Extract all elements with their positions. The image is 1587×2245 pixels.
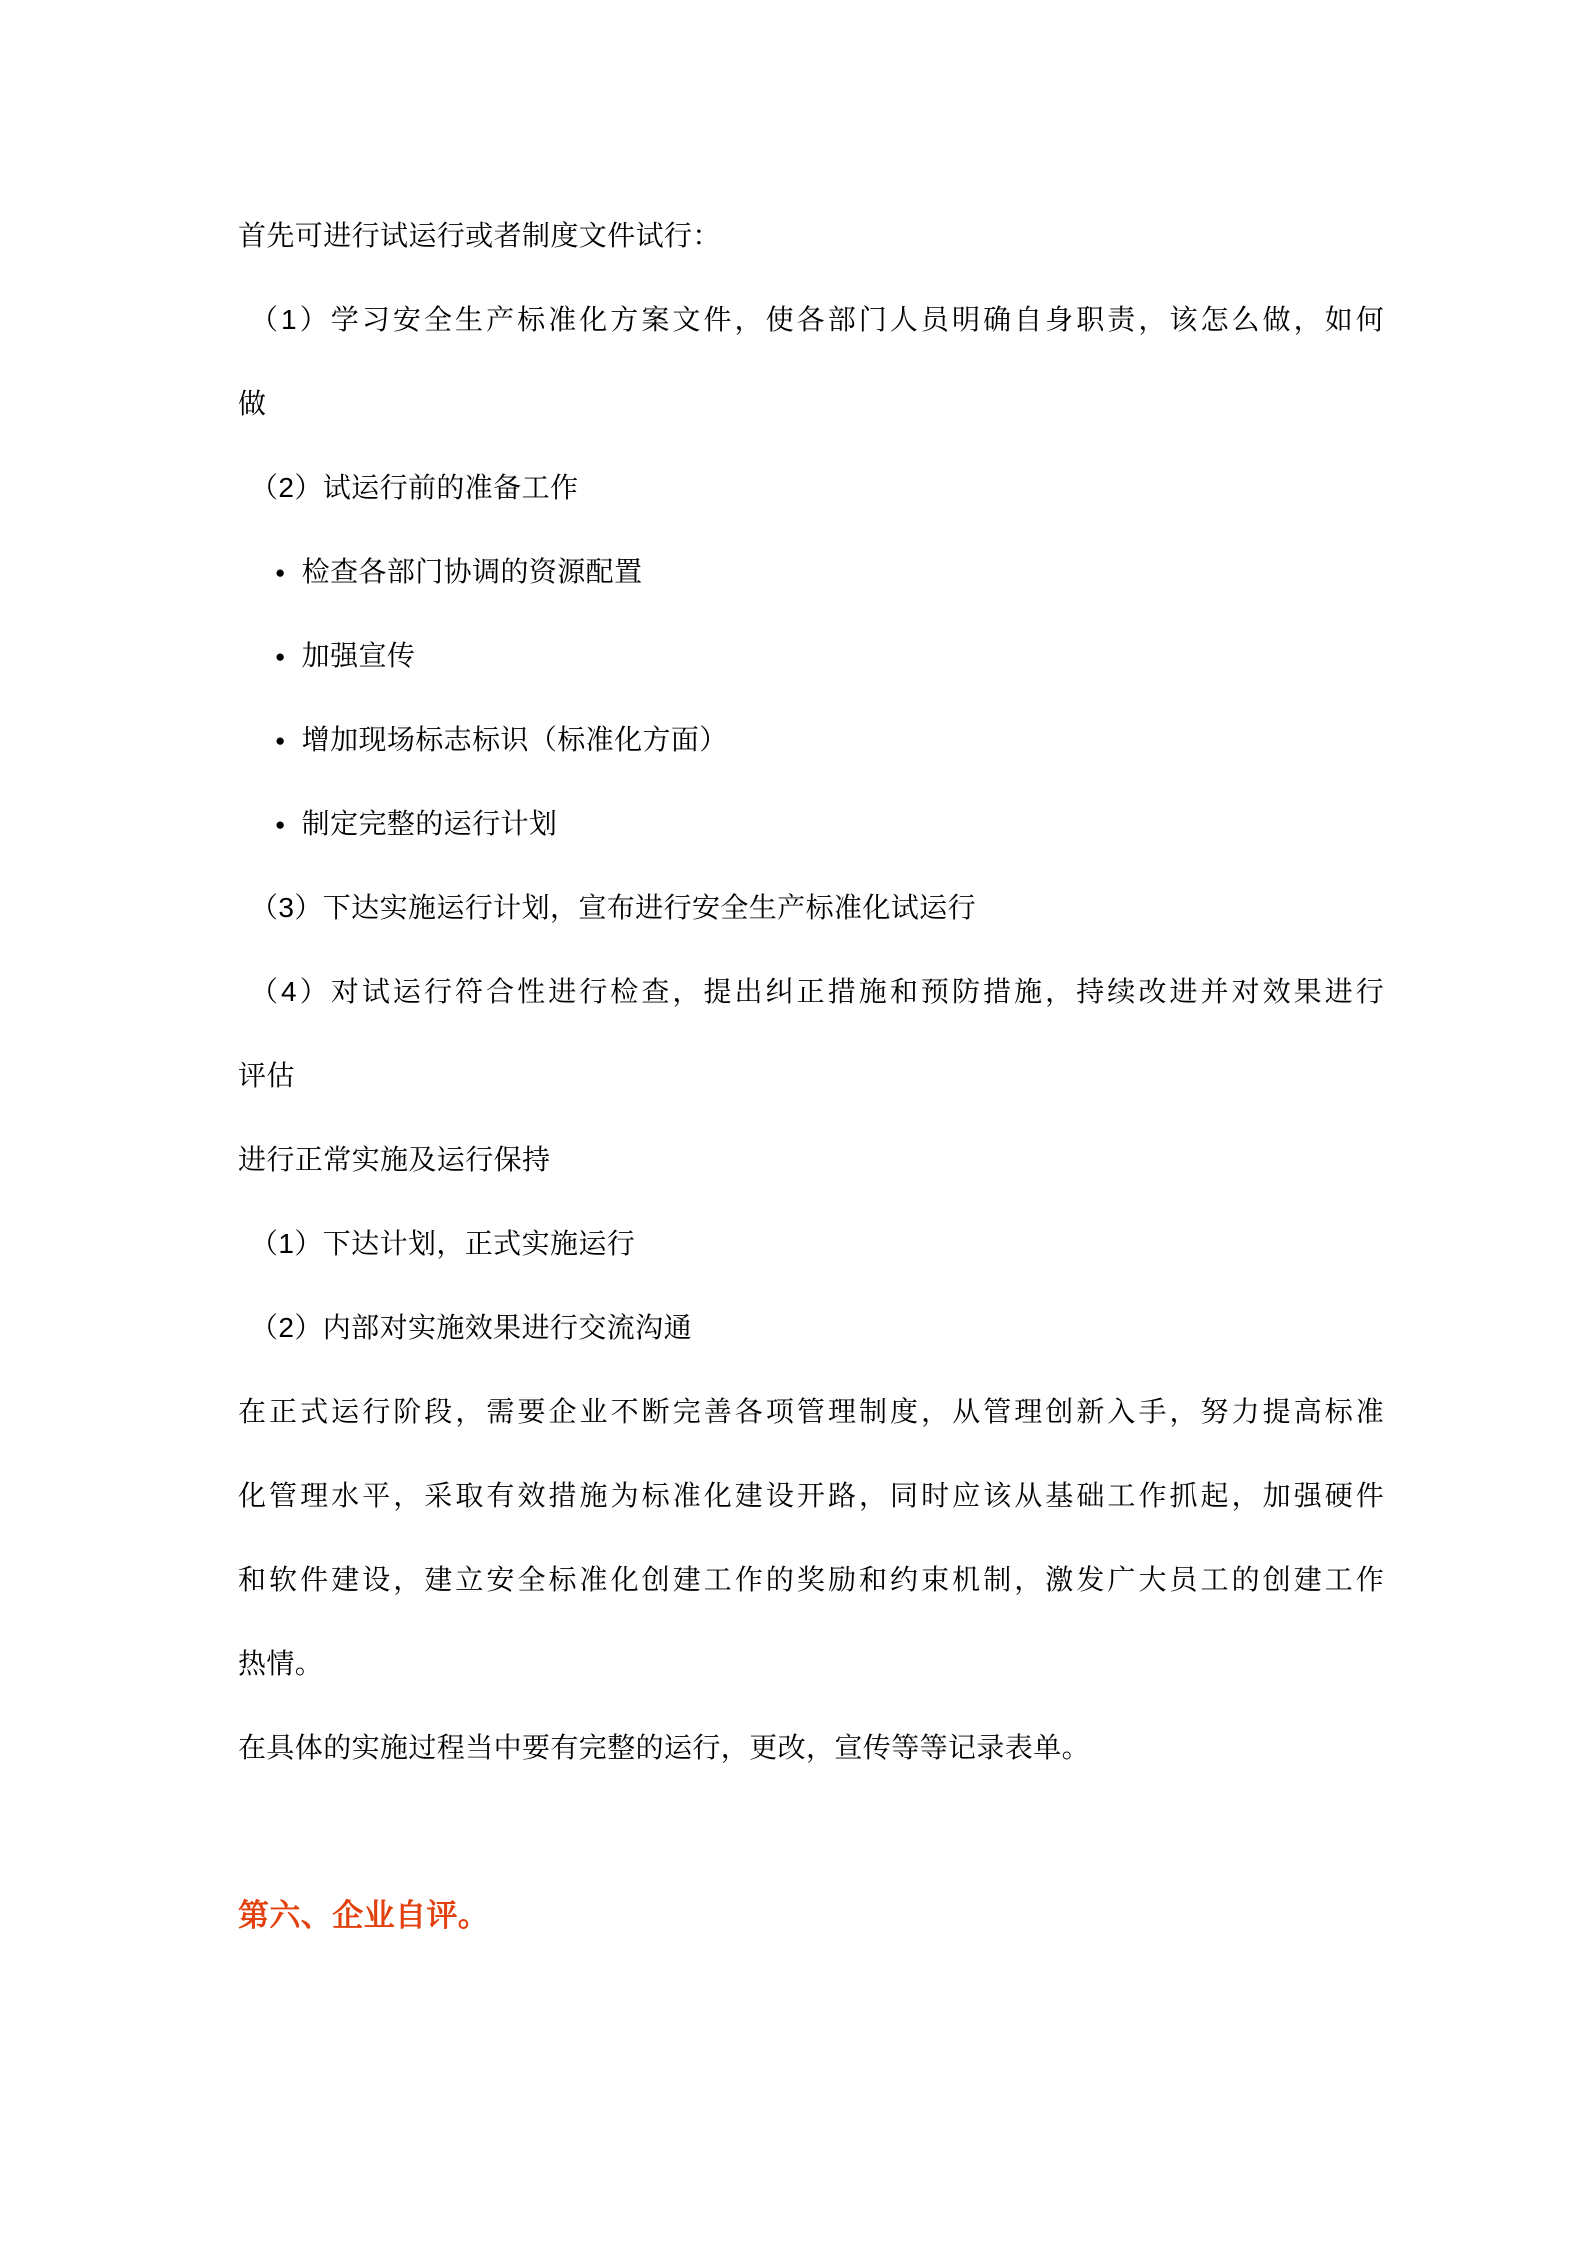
bullet-item-label: 加强宣传 [302,614,416,698]
numbered-line: （2）试运行前的准备工作 [238,446,1386,530]
text-line: 在具体的实施过程当中要有完整的运行，更改，宣传等等记录表单。 [238,1706,1386,1790]
text-line: 评估 [238,1034,1386,1118]
bullet-icon: ● [275,732,286,749]
text-line: 在正式运行阶段，需要企业不断完善各项管理制度，从管理创新入手，努力提高标准 [238,1370,1386,1454]
bullet-item-label: 增加现场标志标识（标准化方面） [302,698,728,782]
numbered-line: （1）学习安全生产标准化方案文件，使各部门人员明确自身职责，该怎么做，如何 [238,278,1386,362]
bullet-icon: ● [275,816,286,833]
numbered-line: （4）对试运行符合性进行检查，提出纠正措施和预防措施，持续改进并对效果进行 [238,950,1386,1034]
bullet-item-label: 检查各部门协调的资源配置 [302,530,643,614]
blank-line [238,1790,1386,1874]
numbered-line: （1）下达计划，正式实施运行 [238,1202,1386,1286]
bullet-line: ●增加现场标志标识（标准化方面） [238,698,1386,782]
text-line: 和软件建设，建立安全标准化创建工作的奖励和约束机制，激发广大员工的创建工作 [238,1538,1386,1622]
bullet-line: ●制定完整的运行计划 [238,782,1386,866]
bullet-line: ●检查各部门协调的资源配置 [238,530,1386,614]
text-line: 做 [238,362,1386,446]
text-line: 进行正常实施及运行保持 [238,1118,1386,1202]
section-heading: 第六、企业自评。 [238,1874,1386,1958]
numbered-line: （3）下达实施运行计划，宣布进行安全生产标准化试运行 [238,866,1386,950]
document-content: 首先可进行试运行或者制度文件试行：（1）学习安全生产标准化方案文件，使各部门人员… [238,194,1386,1958]
bullet-item-label: 制定完整的运行计划 [302,782,558,866]
text-line: 化管理水平，采取有效措施为标准化建设开路，同时应该从基础工作抓起，加强硬件 [238,1454,1386,1538]
text-line: 首先可进行试运行或者制度文件试行： [238,194,1386,278]
document-page: 首先可进行试运行或者制度文件试行：（1）学习安全生产标准化方案文件，使各部门人员… [0,0,1587,2245]
bullet-line: ●加强宣传 [238,614,1386,698]
numbered-line: （2）内部对实施效果进行交流沟通 [238,1286,1386,1370]
text-line: 热情。 [238,1622,1386,1706]
bullet-icon: ● [275,648,286,665]
bullet-icon: ● [275,564,286,581]
